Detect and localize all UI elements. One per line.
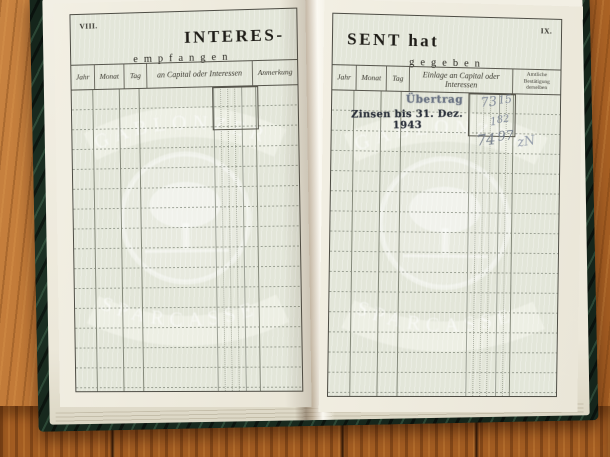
left-ledger-sheet: VIII. INTERES- empfangen Jahr Monat Tag … <box>69 8 303 393</box>
col-monat: Monat <box>357 66 388 91</box>
ledger-grid-right: Übertrag 73 15 Zinsen bis 31. Dez. 1943 … <box>328 90 560 396</box>
passbook-photo: VIII. INTERES- empfangen Jahr Monat Tag … <box>0 0 610 457</box>
page-title-right: SENT hat <box>347 29 440 51</box>
clerk-initials: zN <box>516 133 536 151</box>
ledger-grid-left <box>72 85 303 391</box>
amount-total: 74 <box>463 130 496 151</box>
col-anmerkung: Anmerkung <box>253 60 298 85</box>
right-ledger-sheet: IX. SENT hat gegeben Jahr Monat Tag Einl… <box>327 13 562 397</box>
left-page: VIII. INTERES- empfangen Jahr Monat Tag … <box>54 0 312 407</box>
col-jahr: Jahr <box>71 65 95 89</box>
zinsen-stamp: Zinsen bis 31. Dez. 1943 <box>342 109 472 132</box>
col-main: Einlage an Capital oder Interessen <box>410 67 514 93</box>
page-number-left: VIII. <box>79 21 97 30</box>
uebertrag-stamp: Übertrag <box>399 93 471 105</box>
amount-box <box>212 86 259 130</box>
col-tag: Tag <box>387 66 410 91</box>
page-number-right: IX. <box>541 26 553 35</box>
col-tag: Tag <box>124 64 147 88</box>
col-jahr: Jahr <box>332 65 357 90</box>
col-amtliche-bestaetigung: Amtliche Bestätigung derselben <box>513 69 561 94</box>
page-title-left: INTERES- <box>184 25 285 48</box>
right-page: IX. SENT hat gegeben Jahr Monat Tag Einl… <box>319 0 583 412</box>
row-lines <box>72 85 303 391</box>
amount-total-decimal: 97 <box>497 128 516 144</box>
amount-interest: 1 <box>479 115 497 130</box>
amount-carryover: 73 <box>471 94 498 112</box>
amount-interest-decimal: 82 <box>496 113 513 126</box>
col-main: an Capital oder Interessen <box>147 61 253 88</box>
amount-carryover-decimal: 15 <box>497 92 513 106</box>
col-monat: Monat <box>95 64 125 89</box>
